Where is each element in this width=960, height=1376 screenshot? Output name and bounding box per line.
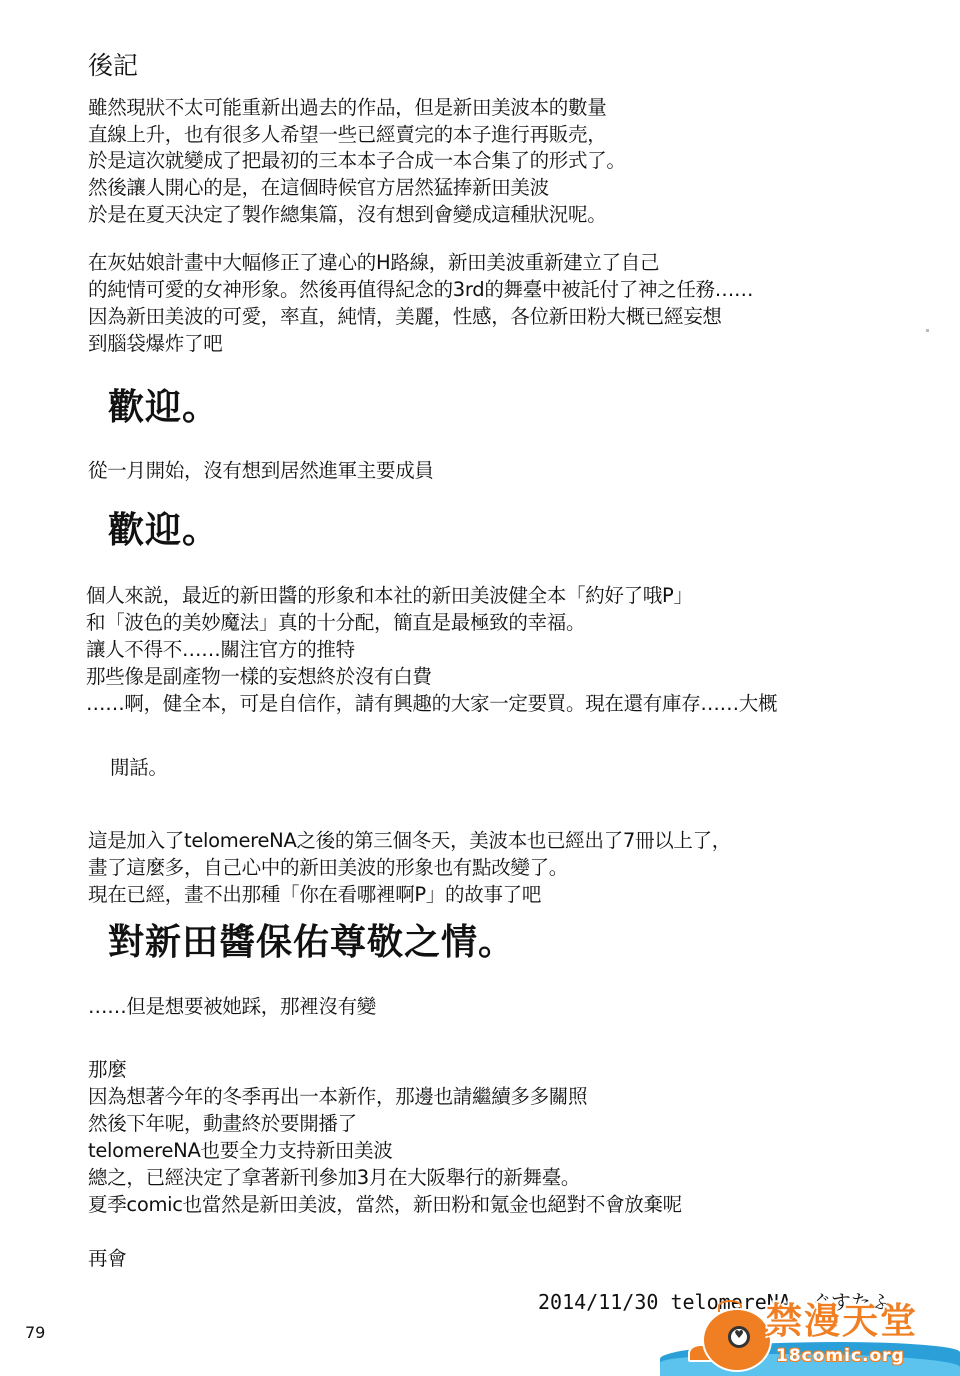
welcome-heading: 歡迎。 — [108, 386, 219, 430]
page-title: 後記 — [88, 50, 138, 82]
page-number: 79 — [25, 1323, 45, 1343]
farewell-text: 再會 — [88, 1245, 126, 1272]
text-line: 直線上升，也有很多人希望一些已經賣完的本子進行再販売， — [88, 121, 606, 148]
watermark-url: 18comic.org — [776, 1346, 905, 1366]
text-line: ……但是想要被她踩，那裡沒有變 — [88, 993, 376, 1020]
text-line: telomereNA也要全力支持新田美波 — [88, 1137, 393, 1164]
text-line: 讓人不得不……關注官方的推特 — [86, 636, 355, 663]
text-line: 因為想著今年的冬季再出一本新作，那邊也請繼續多多關照 — [88, 1083, 587, 1110]
text-line: 畫了這麼多，自己心中的新田美波的形象也有點改變了。 — [88, 854, 568, 881]
text-line: 在灰姑娘計畫中大幅修正了違心的H路線，新田美波重新建立了自己 — [88, 249, 659, 276]
text-line: 雖然現狀不太可能重新出過去的作品，但是新田美波本的數量 — [88, 94, 606, 121]
text-line: 和「波色的美妙魔法」真的十分配，簡直是最極致的幸福。 — [86, 609, 585, 636]
respect-heading: 對新田醬保佑尊敬之情。 — [108, 921, 515, 965]
speck-mark — [926, 329, 929, 332]
text-line: 夏季comic也當然是新田美波，當然，新田粉和氪金也絕對不會放棄呢 — [88, 1191, 682, 1218]
text-line: 然後下年呢，動畫終於要開播了 — [88, 1110, 357, 1137]
text-line: 總之，已經決定了拿著新刊參加3月在大阪舉行的新舞臺。 — [88, 1164, 580, 1191]
watermark-logo: ♥ 禁漫天堂 18comic.org — [658, 1298, 960, 1376]
heart-icon: ♥ — [733, 1329, 745, 1341]
text-line: 從一月開始，沒有想到居然進軍主要成員 — [88, 457, 434, 484]
welcome-heading: 歡迎。 — [108, 509, 219, 553]
text-line: 那些像是副產物一樣的妄想終於沒有白費 — [86, 663, 432, 690]
text-line: 這是加入了telomereNA之後的第三個冬天，美波本也已經出了7冊以上了， — [88, 827, 731, 854]
text-line: 個人來説，最近的新田醬的形象和本社的新田美波健全本「約好了哦P」 — [86, 582, 693, 609]
text-line: 現在已經，畫不出那種「你在看哪裡啊P」的故事了吧 — [88, 881, 541, 908]
text-line: 到腦袋爆炸了吧 — [88, 330, 222, 357]
text-line: 的純情可愛的女神形象。然後再值得紀念的3rd的舞臺中被託付了神之任務…… — [88, 276, 753, 303]
text-line: 然後讓人開心的是，在這個時候官方居然猛捧新田美波 — [88, 174, 549, 201]
text-line: ……啊，健全本，可是自信作，請有興趣的大家一定要買。現在還有庫存……大概 — [86, 690, 777, 717]
text-line: 那麼 — [88, 1056, 126, 1083]
text-line: 因為新田美波的可愛，率直，純情，美麗，性感，各位新田粉大概已經妄想 — [88, 303, 722, 330]
watermark-title: 禁漫天堂 — [766, 1302, 918, 1342]
aside-label: 閒話。 — [110, 754, 168, 781]
text-line: 於是在夏天決定了製作總集篇，沒有想到會變成這種狀況呢。 — [88, 201, 606, 228]
text-line: 於是這次就變成了把最初的三本本子合成一本合集了的形式了。 — [88, 147, 626, 174]
